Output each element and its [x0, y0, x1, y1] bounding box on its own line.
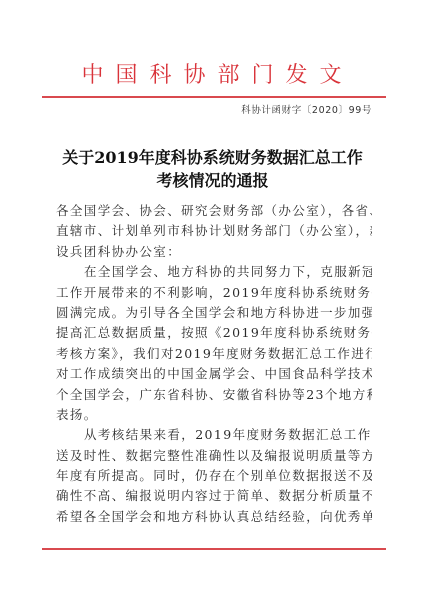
- title-line-2: 考核情况的通报: [0, 169, 425, 192]
- document-page: 中国科协部门发文 科协计函财字〔2020〕99号 关于2019年度科协系统财务数…: [0, 0, 425, 600]
- footer-divider: [42, 548, 386, 550]
- body-line: 直辖市、计划单列市科协计划财务部门（办公室），新疆生产建: [56, 221, 372, 241]
- document-number: 科协计函财字〔2020〕99号: [241, 104, 372, 118]
- masthead-divider-top: [42, 96, 386, 98]
- body-line: 确性不高、编报说明内容过于简单、数据分析质量不高等问题。: [56, 486, 372, 506]
- body-line: 表扬。: [56, 405, 372, 425]
- body-line: 送及时性、数据完整性准确性以及编报说明质量等方面均较2018: [56, 446, 372, 466]
- body-line: 各全国学会、协会、研究会财务部（办公室），各省、自治区、: [56, 201, 372, 221]
- body-paragraph-start: 在全国学会、地方科协的共同努力下，克服新冠肺炎疫情给: [56, 262, 372, 282]
- body-line: 圆满完成。为引导各全国学会和地方科协进一步加强财务管理，: [56, 303, 372, 323]
- body-line: 工作开展带来的不利影响，2019年度科协系统财务数据汇总工作: [56, 283, 372, 303]
- body-line: 提高汇总数据质量，按照《2019年度科协系统财务数据汇总工作: [56, 323, 372, 343]
- masthead-title: 中国科协部门发文: [0, 62, 425, 90]
- body-line: 对工作成绩突出的中国金属学会、中国食品科学技术学会等81: [56, 364, 372, 384]
- body-line: 设兵团科协办公室：: [56, 242, 372, 262]
- document-title: 关于2019年度科协系统财务数据汇总工作 考核情况的通报: [0, 146, 425, 192]
- document-body: 各全国学会、协会、研究会财务部（办公室），各省、自治区、 直辖市、计划单列市科协…: [56, 201, 372, 527]
- body-line: 个全国学会，广东省科协、安徽省科协等23个地方科协予以通报: [56, 385, 372, 405]
- body-line: 考核方案》，我们对2019年度财务数据汇总工作进行了综合考核，: [56, 344, 372, 364]
- title-line-1: 关于2019年度科协系统财务数据汇总工作: [0, 146, 425, 169]
- body-paragraph-start: 从考核结果来看，2019年度财务数据汇总工作在上报率、报: [56, 425, 372, 445]
- body-line: 希望各全国学会和地方科协认真总结经验，向优秀单位学习，在: [56, 507, 372, 527]
- body-line: 年度有所提高。同时，仍存在个别单位数据报送不及时、数据准: [56, 466, 372, 486]
